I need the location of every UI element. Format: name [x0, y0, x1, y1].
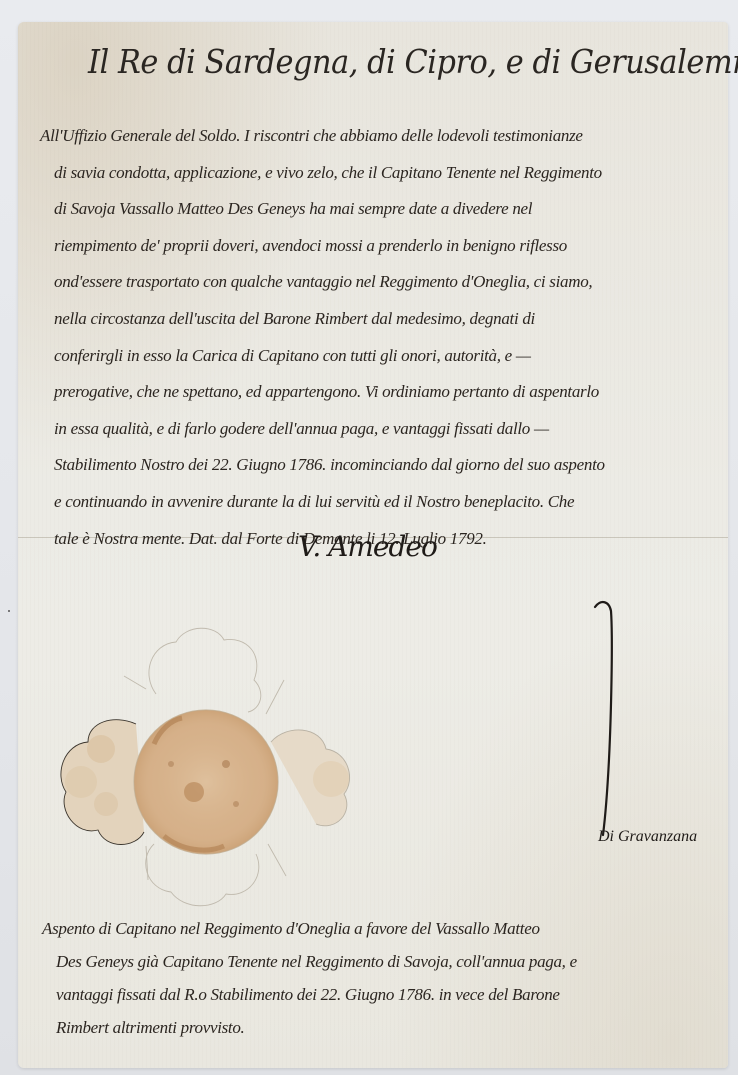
- endorsement-note: Aspento di Capitano nel Reggimento d'One…: [42, 912, 732, 1044]
- body-line: di savia condotta, applicazione, e vivo …: [40, 155, 730, 192]
- patent-body: All'Uffizio Generale del Soldo. I riscon…: [40, 118, 730, 557]
- body-line: conferirgli in esso la Carica di Capitan…: [40, 338, 730, 375]
- countersignature-flourish-icon: [593, 599, 623, 839]
- body-line: in essa qualità, e di farlo godere dell'…: [40, 411, 730, 448]
- body-line: Stabilimento Nostro dei 22. Giugno 1786.…: [40, 447, 730, 484]
- body-line: riempimento de' proprii doveri, avendoci…: [40, 228, 730, 265]
- endorsement-line: Aspento di Capitano nel Reggimento d'One…: [42, 912, 732, 945]
- body-line: e continuando in avvenire durante la di …: [40, 484, 730, 521]
- stray-mark: [8, 610, 10, 612]
- endorsement-line: Des Geneys già Capitano Tenente nel Regg…: [42, 945, 732, 978]
- royal-signature: V. Amedeo: [298, 530, 437, 563]
- countersignature: Di Gravanzana: [598, 828, 697, 846]
- parchment-document: Il Re di Sardegna, di Cipro, e di Gerusa…: [18, 22, 728, 1068]
- body-line: di Savoja Vassallo Matteo Des Geneys ha …: [40, 191, 730, 228]
- body-line: All'Uffizio Generale del Soldo. I riscon…: [40, 118, 730, 155]
- document-heading: Il Re di Sardegna, di Cipro, e di Gerusa…: [88, 42, 658, 81]
- body-line: nella circostanza dell'uscita del Barone…: [40, 301, 730, 338]
- endorsement-line: Rimbert altrimenti provvisto.: [42, 1011, 732, 1044]
- endorsement-line: vantaggi fissati dal R.o Stabilimento de…: [42, 978, 732, 1011]
- body-line: ond'essere trasportato con qualche vanta…: [40, 264, 730, 301]
- seal-icon: [36, 614, 366, 914]
- body-line: prerogative, che ne spettano, ed apparte…: [40, 374, 730, 411]
